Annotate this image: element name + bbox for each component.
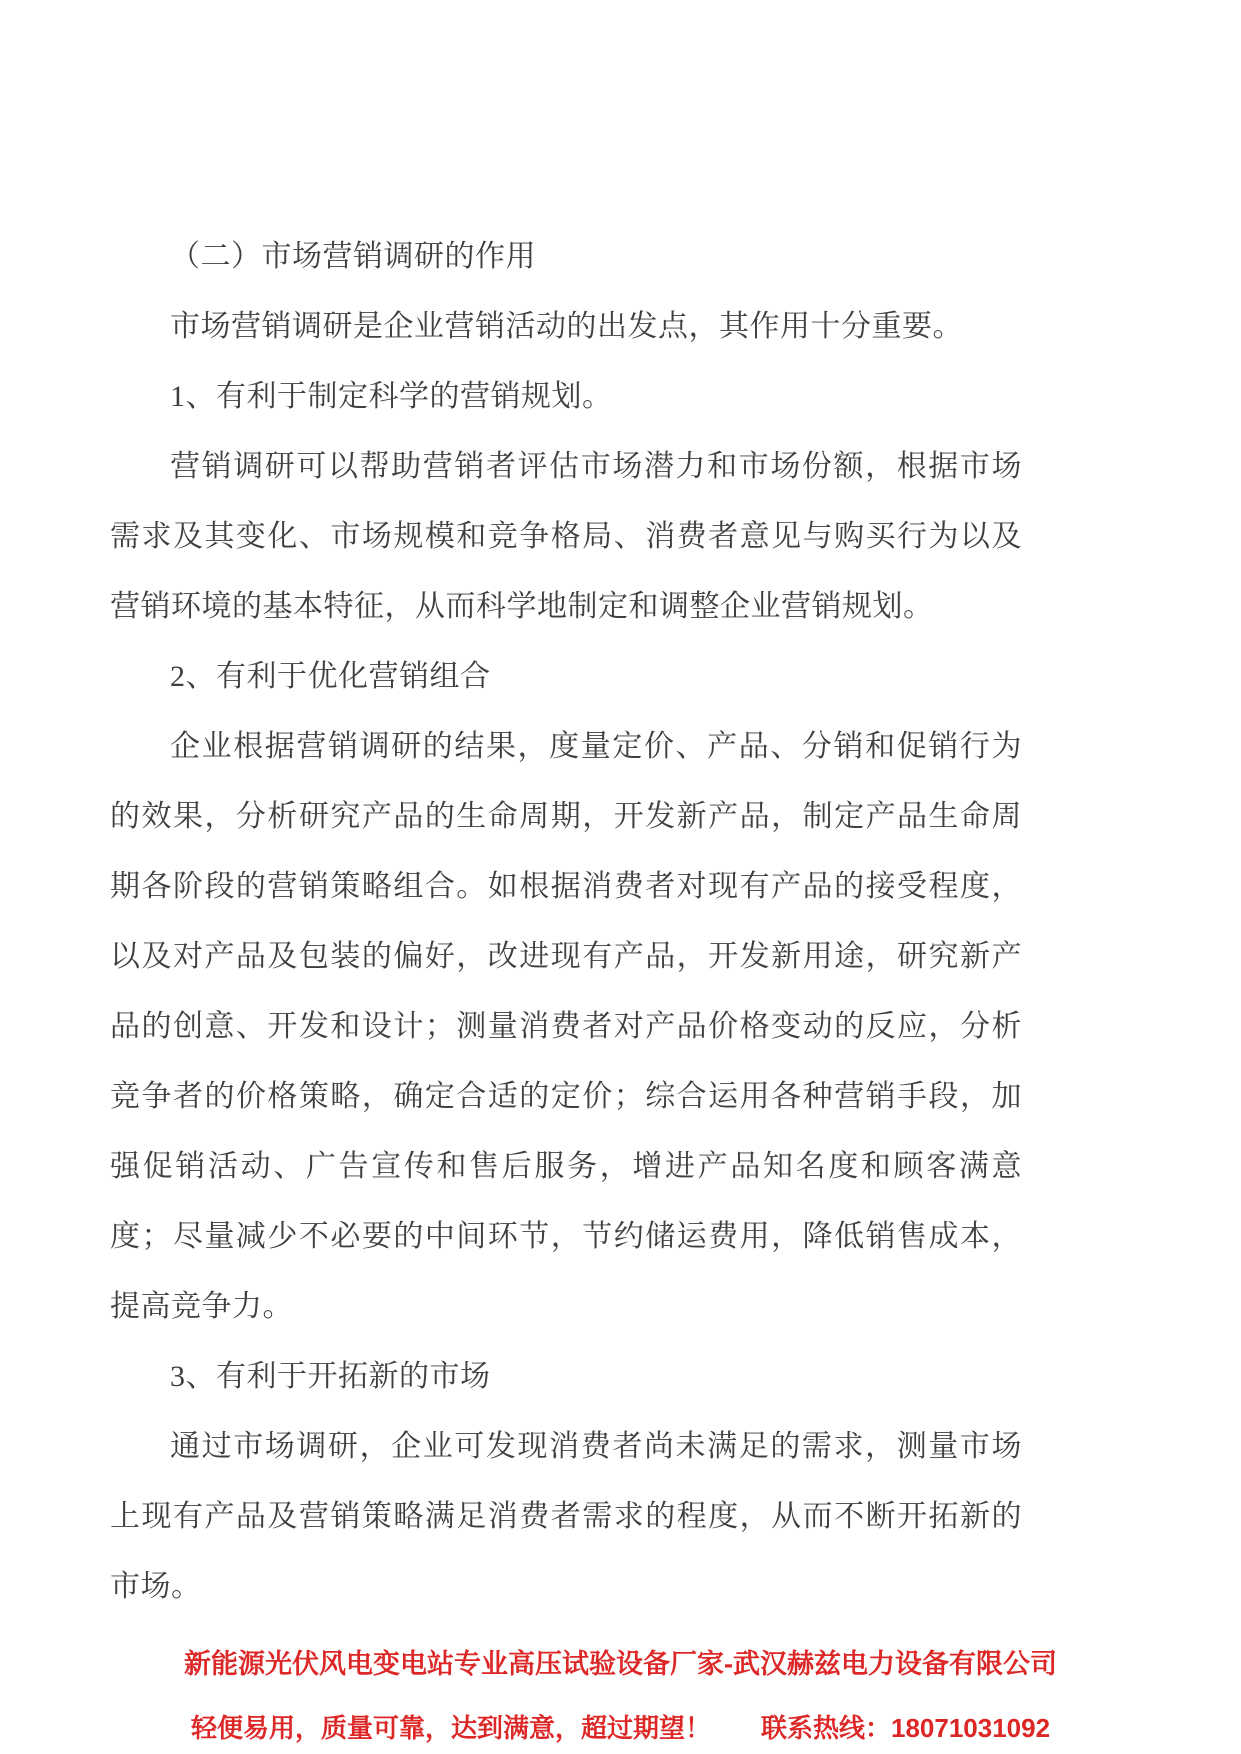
footer-contact-line: 轻便易用，质量可靠，达到满意，超过期望！ 联系热线：18071031092 (0, 1712, 1241, 1744)
point-2-paragraph: 企业根据营销调研的结果，度量定价、产品、分销和促销行为的效果，分析研究产品的生命… (110, 712, 1022, 1342)
point-1-heading: 1、有利于制定科学的营销规划。 (110, 362, 1022, 432)
point-3-heading: 3、有利于开拓新的市场 (110, 1342, 1022, 1412)
document-page: （二）市场营销调研的作用 市场营销调研是企业营销活动的出发点，其作用十分重要。 … (0, 0, 1241, 1754)
footer-company-line: 新能源光伏风电变电站专业高压试验设备厂家-武汉赫兹电力设备有限公司 (0, 1648, 1241, 1680)
point-3-paragraph: 通过市场调研，企业可发现消费者尚未满足的需求，测量市场上现有产品及营销策略满足消… (110, 1412, 1022, 1622)
document-body: （二）市场营销调研的作用 市场营销调研是企业营销活动的出发点，其作用十分重要。 … (110, 222, 1022, 1622)
point-1-paragraph: 营销调研可以帮助营销者评估市场潜力和市场份额，根据市场需求及其变化、市场规模和竞… (110, 432, 1022, 642)
footer-hotline: 联系热线：18071031092 (761, 1712, 1050, 1744)
footer-hotline-label: 联系热线： (761, 1713, 891, 1743)
section-heading-2: （二）市场营销调研的作用 (110, 222, 1022, 292)
footer-slogan: 轻便易用，质量可靠，达到满意，超过期望！ (191, 1712, 711, 1744)
point-2-heading: 2、有利于优化营销组合 (110, 642, 1022, 712)
intro-paragraph: 市场营销调研是企业营销活动的出发点，其作用十分重要。 (110, 292, 1022, 362)
footer-hotline-number: 18071031092 (891, 1713, 1050, 1743)
